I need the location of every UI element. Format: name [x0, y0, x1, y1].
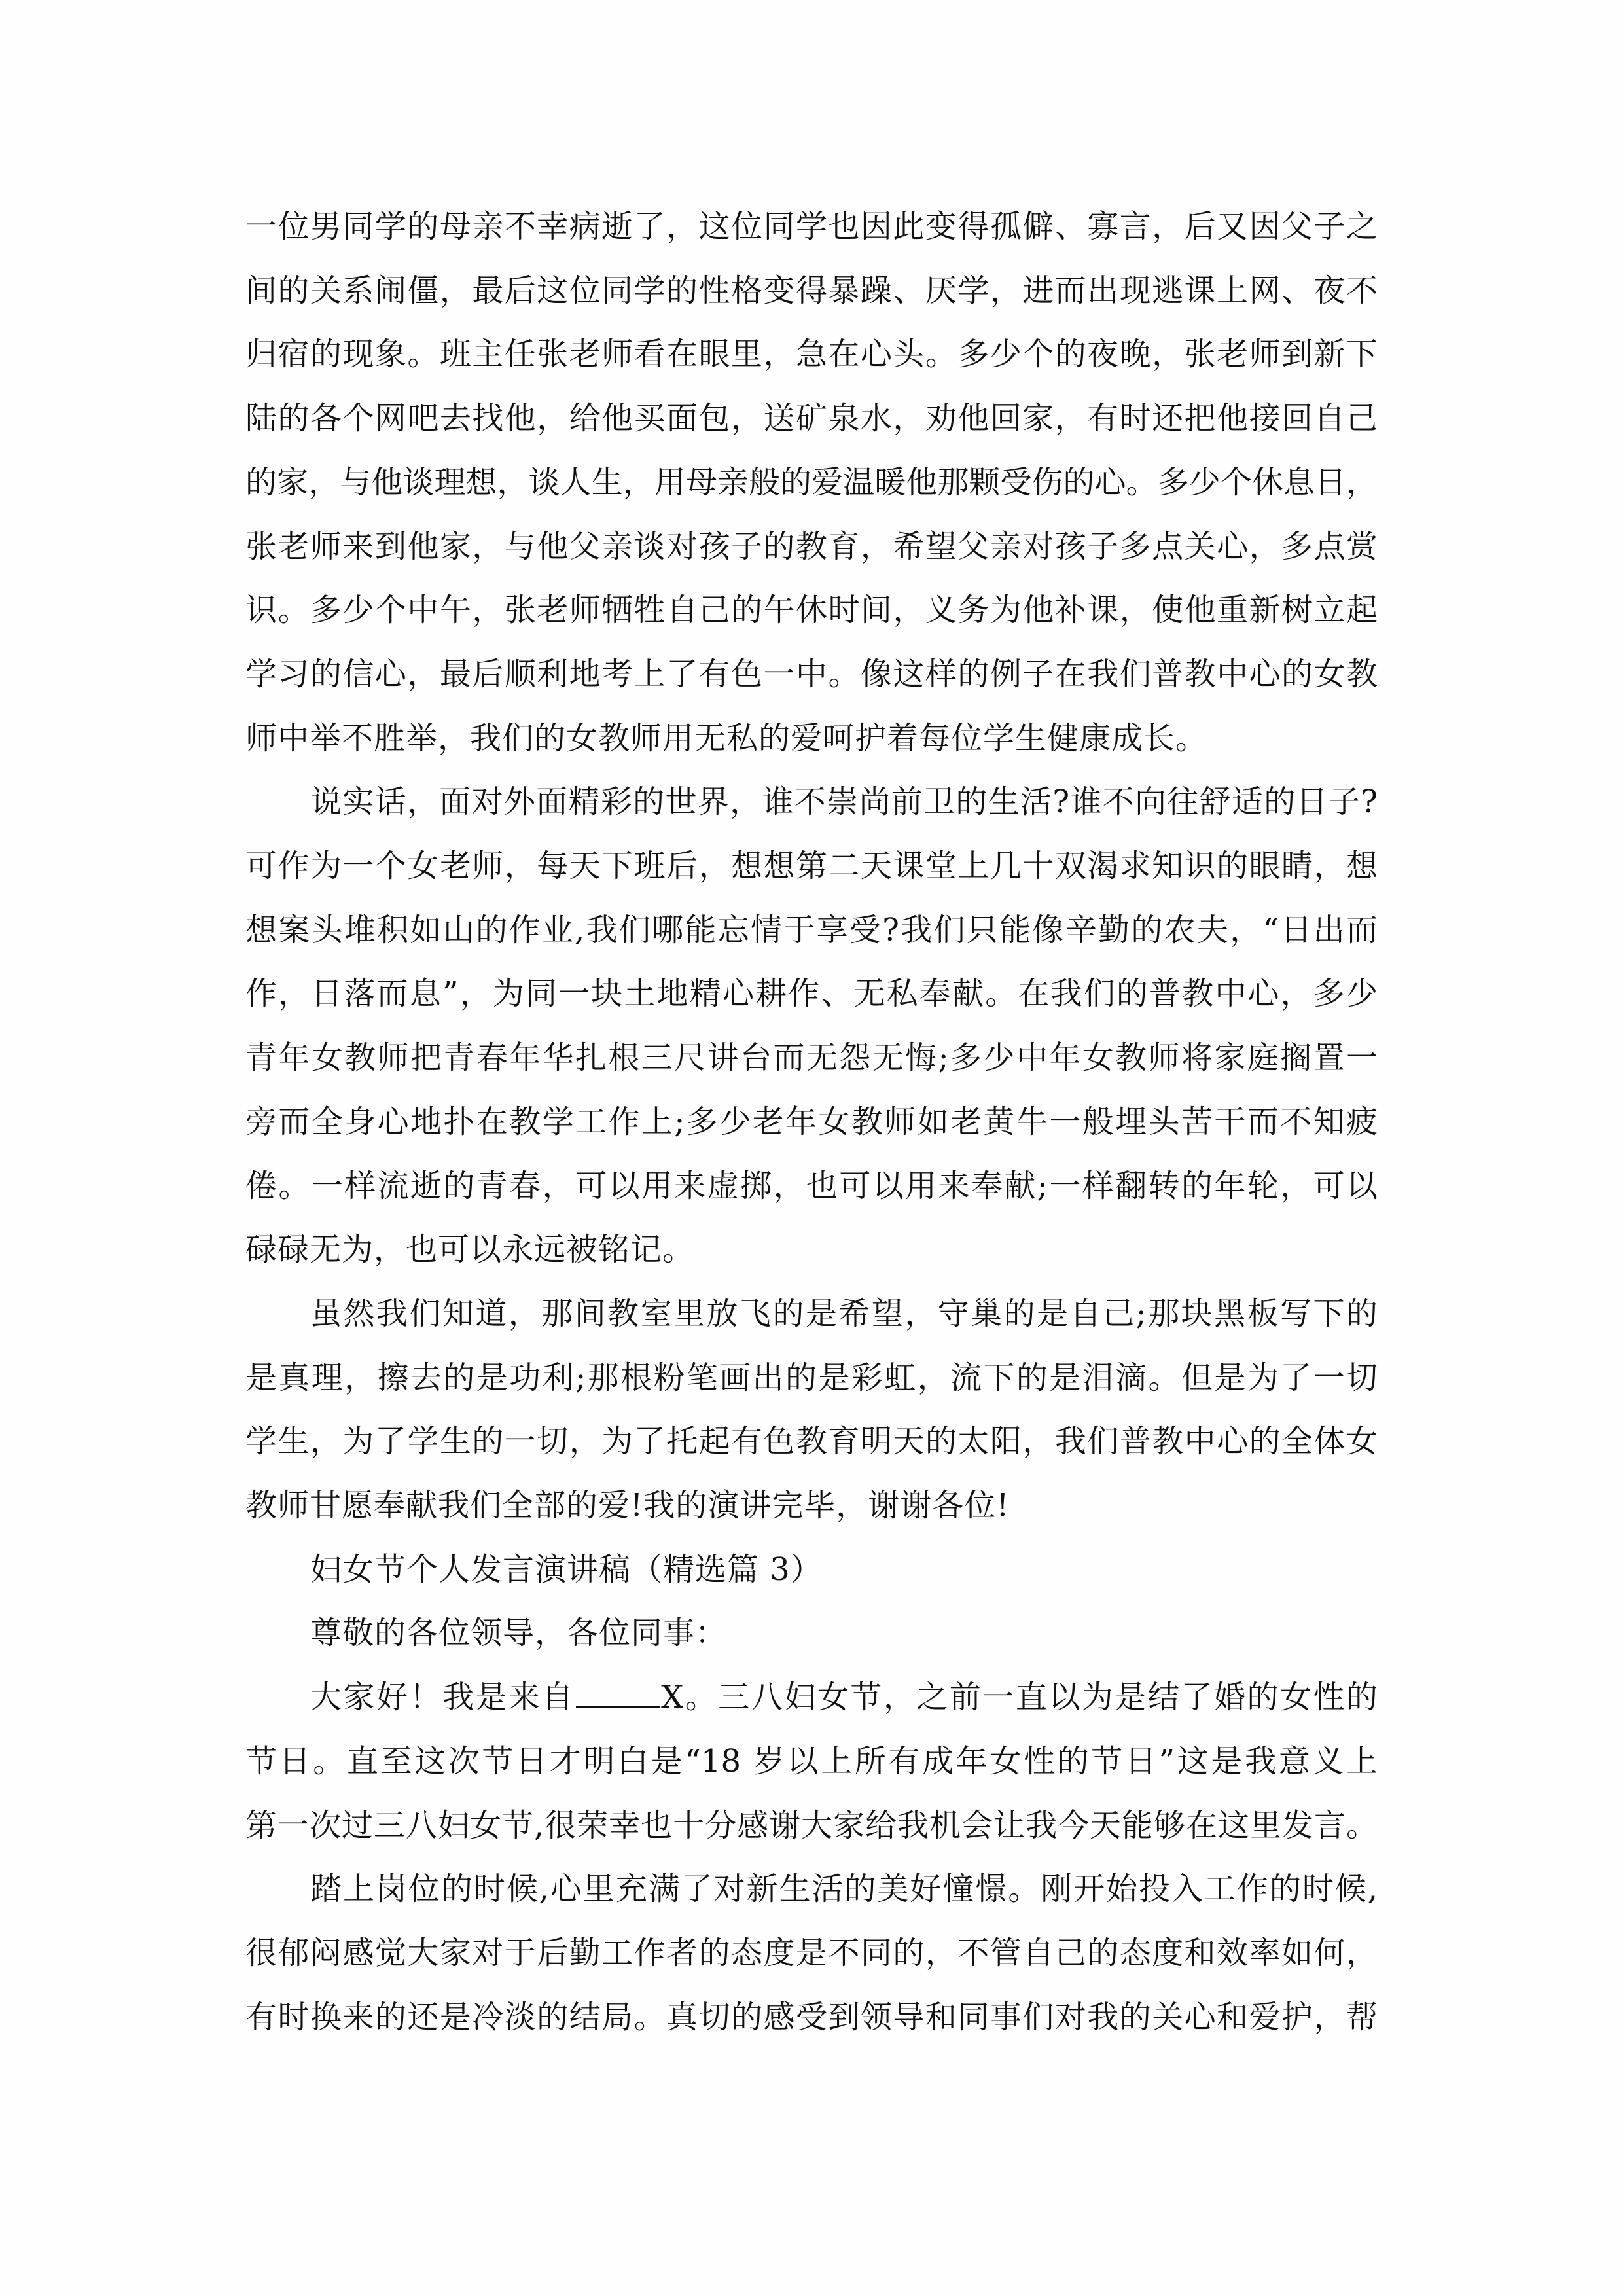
salutation: 尊敬的各位领导，各位同事： — [310, 1613, 727, 1653]
text-line: 识。多少个中午，张老师牺牲自己的午休时间，义务为他补课，使他重新树立起 — [245, 590, 1378, 630]
paragraph-start-line: 虽然我们知道，那间教室里放飞的是希望，守巢的是自己;那块黑板写下的 — [310, 1294, 1378, 1333]
text-line: 作，日落而息”，为同一块土地精心耕作、无私奉献。在我们的普教中心，多少 — [245, 974, 1378, 1013]
text-line: 是真理，擦去的是功利;那根粉笔画出的是彩虹，流下的是泪滴。但是为了一切 — [245, 1358, 1378, 1397]
text-line: 可作为一个女老师，每天下班后，想想第二天课堂上几十双渴求知识的眼睛，想 — [245, 846, 1378, 886]
paragraph-start-line: 说实话，面对外面精彩的世界，谁不崇尚前卫的生活?谁不向往舒适的日子? — [310, 782, 1378, 821]
text-line: 旁而全身心地扑在教学工作上;多少老年女教师如老黄牛一般埋头苦干而不知疲 — [245, 1102, 1378, 1141]
greeting-text: 大家好！我是来自 — [310, 1679, 575, 1715]
text-line: 想案头堆积如山的作业,我们哪能忘情于享受?我们只能像辛勤的农夫，“日出而 — [245, 910, 1378, 950]
text-line: 倦。一样流逝的青春，可以用来虚掷，也可以用来奉献;一样翻转的年轮，可以 — [245, 1166, 1378, 1206]
paragraph-start-line: 大家好！我是来自X。三八妇女节，之前一直以为是结了婚的女性的 — [310, 1677, 1378, 1717]
text-line: 归宿的现象。班主任张老师看在眼里，急在心头。多少个的夜晚，张老师到新下 — [245, 334, 1378, 374]
document-page: 一位男同学的母亲不幸病逝了，这位同学也因此变得孤僻、寡言，后又因父子之 间的关系… — [0, 0, 1623, 2296]
text-line: 的家，与他谈理想，谈人生，用母亲般的爱温暖他那颗受伤的心。多少个休息日， — [245, 463, 1378, 502]
paragraph-end-line: 师中举不胜举，我们的女教师用无私的爱呵护着每位学生健康成长。 — [245, 719, 1207, 758]
text-line: 陆的各个网吧去找他，给他买面包，送矿泉水，劝他回家，有时还把他接回自己 — [245, 399, 1378, 438]
greeting-continuation: X。三八妇女节，之前一直以为是结了婚的女性的 — [661, 1679, 1378, 1715]
text-line: 青年女教师把青春年华扎根三尺讲台而无怨无悔;多少中年女教师将家庭搁置一 — [245, 1038, 1378, 1077]
text-line: 学习的信心，最后顺利地考上了有色一中。像这样的例子在我们普教中心的女教 — [245, 655, 1378, 694]
text-line: 第一次过三八妇女节,很荣幸也十分感谢大家给我机会让我今天能够在这里发言。 — [245, 1806, 1378, 1845]
paragraph-start-line: 踏上岗位的时候,心里充满了对新生活的美好憧憬。刚开始投入工作的时候, — [310, 1869, 1378, 1909]
paragraph-end-line: 教师甘愿奉献我们全部的爱!我的演讲完毕，谢谢各位! — [245, 1486, 1010, 1525]
text-line: 很郁闷感觉大家对于后勤工作者的态度是不同的，不管自己的态度和效率如何， — [245, 1933, 1378, 1973]
text-line: 张老师来到他家，与他父亲谈对孩子的教育，希望父亲对孩子多点关心，多点赏 — [245, 527, 1378, 566]
fill-in-blank — [576, 1703, 660, 1708]
paragraph-end-line: 碌碌无为，也可以永远被铭记。 — [245, 1230, 694, 1269]
text-line: 节日。直至这次节日才明白是“18 岁以上所有成年女性的节日”这是我意义上 — [245, 1742, 1378, 1781]
text-line: 学生，为了学生的一切，为了托起有色教育明天的太阳，我们普教中心的全体女 — [245, 1422, 1378, 1461]
text-line: 一位男同学的母亲不幸病逝了，这位同学也因此变得孤僻、寡言，后又因父子之 — [245, 207, 1378, 246]
section-heading: 妇女节个人发言演讲稿（精选篇 3） — [310, 1550, 823, 1589]
text-line: 有时换来的还是冷淡的结局。真切的感受到领导和同事们对我的关心和爱护，帮 — [245, 1998, 1378, 2037]
text-line: 间的关系闹僵，最后这位同学的性格变得暴躁、厌学，进而出现逃课上网、夜不 — [245, 271, 1378, 310]
